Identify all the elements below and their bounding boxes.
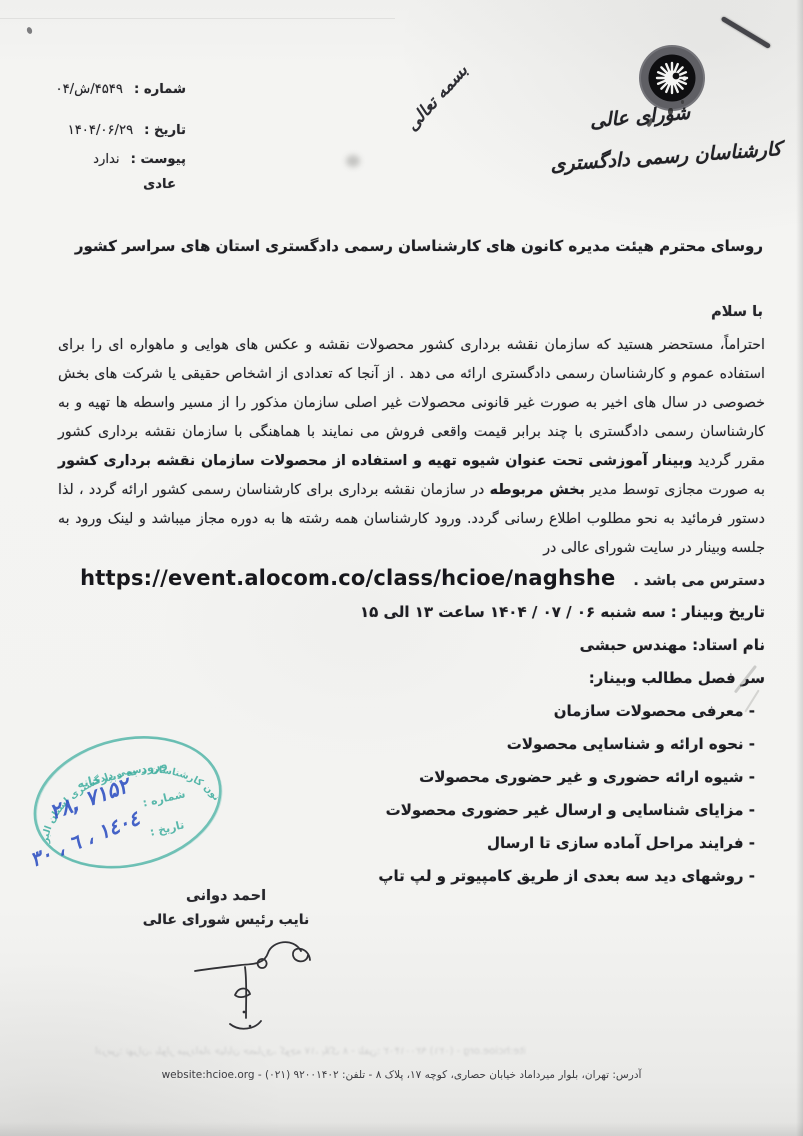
webinar-topics-heading: سر فصل مطالب وبینار: xyxy=(58,662,765,695)
scanned-letter-page: شماره :۴۵۴۹/ش/۰۴ تاریخ :۱۴۰۴/۰۶/۲۹ پیوست… xyxy=(0,0,803,1136)
letter-date-value: ۱۴۰۴/۰۶/۲۹ xyxy=(68,123,134,138)
letterhead-meta: شماره :۴۵۴۹/ش/۰۴ تاریخ :۱۴۰۴/۰۶/۲۹ پیوست… xyxy=(0,80,186,195)
body-intro: احتراماً، مستحضر هستید که سازمان نقشه بر… xyxy=(58,337,765,469)
scan-speck xyxy=(26,26,33,34)
letter-attachment-row: پیوست :ندارد xyxy=(0,150,186,170)
letter-attachment-value: ندارد xyxy=(93,152,120,167)
org-name-line1: شورای عالی xyxy=(581,101,698,133)
signer-name: احمد دوانی xyxy=(138,888,314,904)
classification-label: عادی xyxy=(0,175,176,195)
letter-date-row: تاریخ :۱۴۰۴/۰۶/۲۹ xyxy=(0,121,186,141)
scan-artifact-line xyxy=(721,16,771,49)
scan-smudge xyxy=(346,155,360,167)
handwritten-signature xyxy=(188,932,320,1034)
letter-attachment-label: پیوست : xyxy=(131,152,186,167)
signature-block: احمد دوانی نایب رئیس شورای عالی xyxy=(138,888,314,928)
scan-edge-shadow xyxy=(796,0,803,1136)
scan-edge-line xyxy=(0,18,395,19)
scan-edge-shadow xyxy=(0,1122,803,1136)
letter-number-value: ۴۵۴۹/ش/۰۴ xyxy=(55,82,123,97)
url-line-prefix: دسترس می باشد . xyxy=(633,573,765,589)
bismillah-calligraphy: بسمه تعالی xyxy=(402,61,472,135)
url-line: دسترس می باشد . https://event.alocom.co/… xyxy=(58,566,765,590)
webinar-instructor: نام استاد: مهندس حبشی xyxy=(58,629,765,662)
webinar-date-line: تاریخ وبینار : سه شنبه ۰۶ / ۰۷ / ۱۴۰۴ سا… xyxy=(58,596,765,629)
body-mid: به صورت مجازی توسط مدیر xyxy=(585,482,765,498)
bleedthrough-ghost-text: آدرس: تهران، بلوار میرداماد خیابان حصاری… xyxy=(95,1046,525,1057)
letter-number-label: شماره : xyxy=(134,82,186,97)
letter-date-label: تاریخ : xyxy=(144,123,186,138)
footer-address-line: آدرس: تهران، بلوار میرداماد خیابان حصاری… xyxy=(0,1069,803,1081)
recipient-line: روسای محترم هیئت مدیره کانون های کارشناس… xyxy=(71,237,763,255)
salutation: با سلام xyxy=(711,304,763,320)
letter-number-row: شماره :۴۵۴۹/ش/۰۴ xyxy=(0,80,186,100)
body-bold-department: بخش مربوطه xyxy=(490,482,585,498)
webinar-url: https://event.alocom.co/class/hcioe/nagh… xyxy=(80,566,615,590)
signer-title: نایب رئیس شورای عالی xyxy=(138,912,314,928)
body-bold-webinar-title: وبینار آموزشی تحت عنوان شیوه تهیه و استف… xyxy=(58,453,693,469)
org-name-line2: کارشناسان رسمی دادگستری xyxy=(540,137,793,177)
body-paragraph: احتراماً، مستحضر هستید که سازمان نقشه بر… xyxy=(58,331,765,563)
